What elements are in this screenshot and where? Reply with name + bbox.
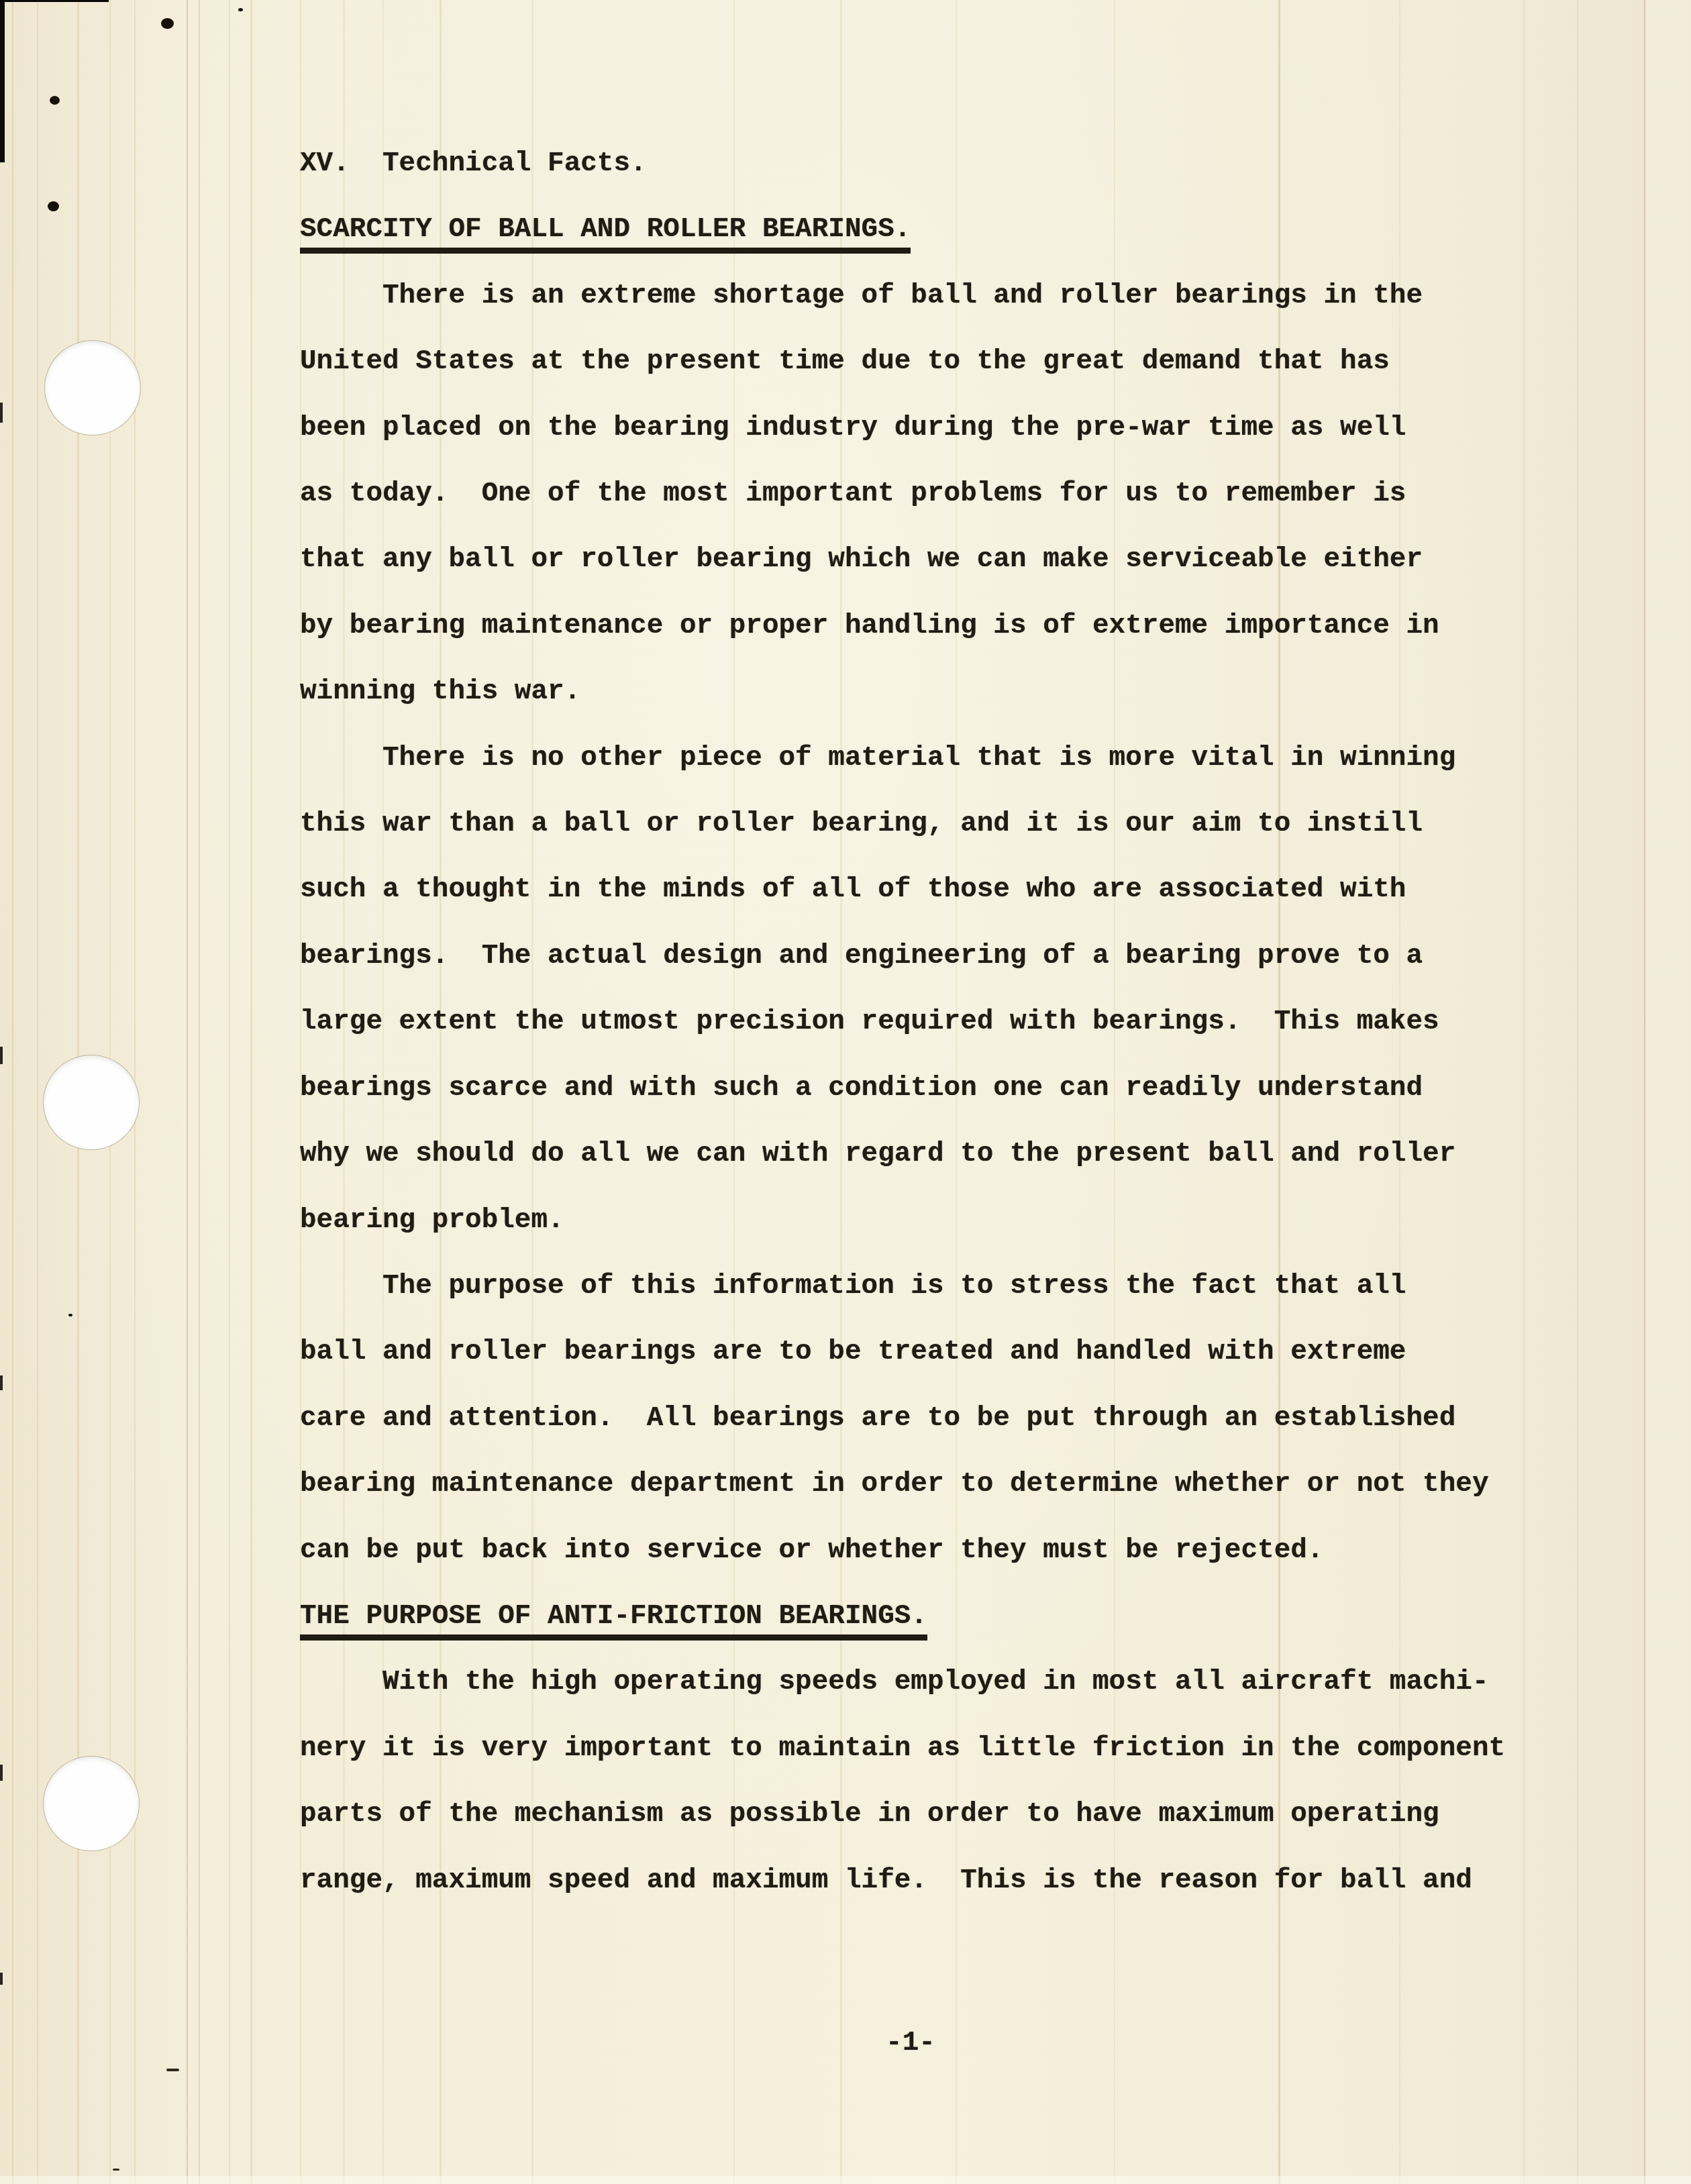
ink-speck [166,2069,179,2071]
text-line: why we should do all we can with regard … [300,1121,1535,1187]
text-line-text: winning this war. [300,676,580,707]
scan-edge-artifact [0,1375,3,1390]
text-line: large extent the utmost precision requir… [300,989,1535,1055]
page-right-edge [1644,0,1691,2184]
text-line: United States at the present time due to… [300,329,1535,395]
scan-edge-top [0,0,109,2]
text-line: XV. Technical Facts. [300,131,1535,197]
text-line-text: as today. One of the most important prob… [300,478,1406,509]
text-line-text: bearings scarce and with such a conditio… [300,1073,1423,1104]
text-line-text: United States at the present time due to… [300,346,1390,377]
scan-streak [187,0,188,2184]
text-line-text: such a thought in the minds of all of th… [300,874,1406,905]
scan-streak [1577,0,1578,2184]
text-line: parts of the mechanism as possible in or… [300,1781,1535,1847]
text-line: been placed on the bearing industry duri… [300,395,1535,461]
text-line: nery it is very important to maintain as… [300,1716,1535,1781]
text-line: by bearing maintenance or proper handlin… [300,593,1535,659]
punch-hole [45,341,140,435]
text-line-text: can be put back into service or whether … [300,1535,1323,1566]
text-line-text: nery it is very important to maintain as… [300,1733,1505,1764]
ink-speck [68,1314,72,1316]
text-line-text: With the high operating speeds employed … [300,1667,1489,1698]
text-line: bearings. The actual design and engineer… [300,923,1535,989]
text-line: care and attention. All bearings are to … [300,1386,1535,1451]
scan-streak [250,0,252,2184]
text-line-text: parts of the mechanism as possible in or… [300,1799,1439,1830]
document-page: XV. Technical Facts.SCARCITY OF BALL AND… [0,0,1691,2184]
text-line: this war than a ball or roller bearing, … [300,791,1535,857]
text-line: such a thought in the minds of all of th… [300,857,1535,923]
text-line: The purpose of this information is to st… [300,1253,1535,1319]
text-line-text: bearing maintenance department in order … [300,1469,1489,1500]
scan-edge-artifact [0,403,3,423]
scan-edge-artifact [0,1973,3,1985]
text-line-text: bearing problem. [300,1205,564,1236]
text-line: bearings scarce and with such a conditio… [300,1055,1535,1121]
text-line: ball and roller bearings are to be treat… [300,1319,1535,1385]
scan-edge-left [0,0,5,162]
text-line-text: this war than a ball or roller bearing, … [300,809,1423,839]
text-line-text: care and attention. All bearings are to … [300,1403,1455,1434]
text-line-text: ball and roller bearings are to be treat… [300,1337,1406,1367]
scan-streak [37,0,38,2184]
document-text: XV. Technical Facts.SCARCITY OF BALL AND… [300,131,1535,1914]
punch-hole [44,1757,139,1851]
ink-speck [238,8,243,11]
text-line: bearing maintenance department in order … [300,1451,1535,1517]
text-line-text: range, maximum speed and maximum life. T… [300,1865,1472,1896]
text-line: bearing problem. [300,1188,1535,1253]
text-line: that any ball or roller bearing which we… [300,527,1535,592]
text-line-text: by bearing maintenance or proper handlin… [300,611,1439,641]
text-line-text: The purpose of this information is to st… [300,1271,1406,1302]
text-line: There is an extreme shortage of ball and… [300,263,1535,329]
text-line-text: why we should do all we can with regard … [300,1139,1455,1169]
text-line: With the high operating speeds employed … [300,1649,1535,1715]
text-line: as today. One of the most important prob… [300,461,1535,527]
text-line: winning this war. [300,659,1535,725]
scan-edge-artifact [0,1765,3,1781]
scan-streak [199,0,200,2184]
ink-speck [48,201,59,211]
section-heading-text: THE PURPOSE OF ANTI-FRICTION BEARINGS. [300,1601,927,1641]
text-line: range, maximum speed and maximum life. T… [300,1848,1535,1914]
ink-speck [161,18,174,29]
text-line-text: There is an extreme shortage of ball and… [300,280,1423,311]
scan-streak [12,0,13,2184]
text-line-text: been placed on the bearing industry duri… [300,413,1406,444]
ink-speck [113,2169,119,2171]
text-line: can be put back into service or whether … [300,1518,1535,1583]
text-line: There is no other piece of material that… [300,725,1535,791]
ink-speck [50,96,60,105]
punch-hole [44,1055,139,1149]
page-number: -1- [300,2010,1521,2076]
section-heading: SCARCITY OF BALL AND ROLLER BEARINGS. [300,197,1535,262]
section-heading: THE PURPOSE OF ANTI-FRICTION BEARINGS. [300,1583,1535,1649]
text-line-text: that any ball or roller bearing which we… [300,544,1423,575]
scan-edge-artifact [0,1047,3,1064]
scan-streak [229,0,230,2184]
text-line-text: large extent the utmost precision requir… [300,1006,1439,1037]
page-bottom-edge [0,2176,1691,2184]
text-line-text: bearings. The actual design and engineer… [300,941,1423,972]
text-line-text: XV. Technical Facts. [300,148,647,179]
section-heading-text: SCARCITY OF BALL AND ROLLER BEARINGS. [300,214,911,254]
text-line-text: There is no other piece of material that… [300,743,1455,774]
